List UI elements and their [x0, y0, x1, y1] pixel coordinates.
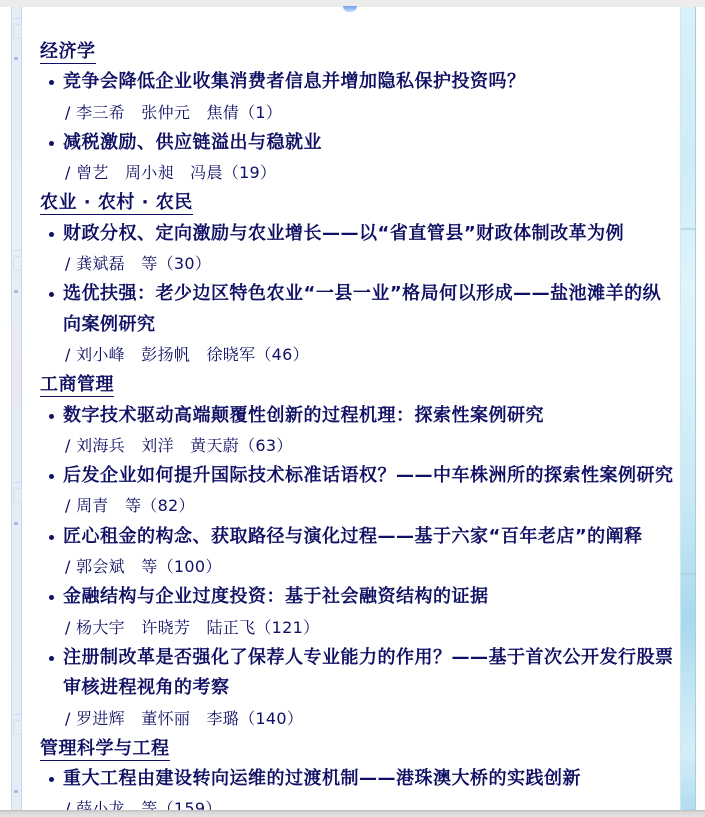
- bullet-icon: [49, 80, 54, 85]
- article-authors: / 罗进辉 董怀丽 李璐（140）: [40, 704, 670, 734]
- bullet-icon: [49, 595, 54, 600]
- article-title-text: 匠心租金的构念、获取路径与演化过程——基于六家“百年老店”的阐释: [63, 526, 643, 547]
- bottom-gray-bar: [0, 810, 705, 817]
- article-authors: / 李三希 张仲元 焦倩（1）: [40, 98, 670, 128]
- article-title: 金融结构与企业过度投资：基于社会融资结构的证据: [40, 582, 670, 612]
- bullet-icon: [49, 414, 54, 419]
- article-authors: / 龚斌磊 等（30）: [40, 249, 670, 279]
- bullet-icon: [49, 292, 54, 297]
- bullet-icon: [49, 535, 54, 540]
- right-margin: [697, 0, 705, 817]
- article-title: 财政分权、定向激励与农业增长——以“省直管县”财政体制改革为例: [40, 219, 670, 249]
- section-heading: 农业 · 农村 · 农民: [40, 188, 670, 218]
- article-title-text: 选优扶强：老少边区特色农业“一县一业”格局何以形成——盐池滩羊的纵: [63, 283, 661, 304]
- article-title: 数字技术驱动高端颠覆性创新的过程机理：探索性案例研究: [40, 401, 670, 431]
- section-heading: 经济学: [40, 37, 670, 67]
- bullet-icon: [49, 656, 54, 661]
- article-title: 竞争会降低企业收集消费者信息并增加隐私保护投资吗？: [40, 67, 670, 97]
- section-heading: 工商管理: [40, 370, 670, 400]
- collapse-handle-icon[interactable]: [343, 6, 357, 12]
- section-heading-label: 工商管理: [40, 374, 114, 397]
- article-title: 重大工程由建设转向运维的过渡机制——港珠澳大桥的实践创新: [40, 764, 670, 794]
- bullet-icon: [49, 474, 54, 479]
- article-authors: / 杨大宇 许晓芳 陆正飞（121）: [40, 613, 670, 643]
- section-heading-label: 农业 · 农村 · 农民: [40, 192, 193, 215]
- article-authors: / 周青 等（82）: [40, 491, 670, 521]
- article-title-continued: 审核进程视角的考察: [40, 673, 670, 703]
- article-authors: / 曾艺 周小昶 冯晨（19）: [40, 158, 670, 188]
- article-title-text: 重大工程由建设转向运维的过渡机制——港珠澳大桥的实践创新: [63, 768, 581, 789]
- bullet-icon: [49, 777, 54, 782]
- section-heading: 管理科学与工程: [40, 734, 670, 764]
- article-authors: / 刘海兵 刘洋 黄天蔚（63）: [40, 431, 670, 461]
- article-title: 选优扶强：老少边区特色农业“一县一业”格局何以形成——盐池滩羊的纵: [40, 279, 670, 309]
- article-title: 匠心租金的构念、获取路径与演化过程——基于六家“百年老店”的阐释: [40, 522, 670, 552]
- article-title: 后发企业如何提升国际技术标准话语权？——中车株洲所的探索性案例研究: [40, 461, 670, 491]
- article-title-text: 后发企业如何提升国际技术标准话语权？——中车株洲所的探索性案例研究: [63, 465, 674, 486]
- article-title-text: 金融结构与企业过度投资：基于社会融资结构的证据: [63, 586, 489, 607]
- article-authors: / 郭会斌 等（100）: [40, 552, 670, 582]
- article-title-text: 数字技术驱动高端颠覆性创新的过程机理：探索性案例研究: [63, 405, 544, 426]
- bullet-icon: [49, 232, 54, 237]
- journal-toc-page: { "page": { "text_color": "#0f0f64", "to…: [0, 0, 705, 817]
- article-title-text: 减税激励、供应链溢出与稳就业: [63, 132, 322, 153]
- article-title-text: 财政分权、定向激励与农业增长——以“省直管县”财政体制改革为例: [63, 223, 624, 244]
- article-title: 注册制改革是否强化了保荐人专业能力的作用？——基于首次公开发行股票: [40, 643, 670, 673]
- article-title-continued: 向案例研究: [40, 310, 670, 340]
- article-title-text: 竞争会降低企业收集消费者信息并增加隐私保护投资吗？: [63, 71, 526, 92]
- article-authors: / 刘小峰 彭扬帆 徐晓军（46）: [40, 340, 670, 370]
- article-title: 减税激励、供应链溢出与稳就业: [40, 128, 670, 158]
- section-heading-label: 经济学: [40, 41, 96, 64]
- toc-list: 经济学竞争会降低企业收集消费者信息并增加隐私保护投资吗？/ 李三希 张仲元 焦倩…: [40, 37, 670, 817]
- section-heading-label: 管理科学与工程: [40, 738, 170, 761]
- article-title-text: 向案例研究: [63, 314, 156, 335]
- left-decor-strip: [11, 0, 22, 817]
- right-decor-strip: [680, 0, 696, 817]
- bullet-icon: [49, 141, 54, 146]
- article-title-text: 注册制改革是否强化了保荐人专业能力的作用？——基于首次公开发行股票: [63, 647, 674, 668]
- article-title-text: 审核进程视角的考察: [63, 677, 230, 698]
